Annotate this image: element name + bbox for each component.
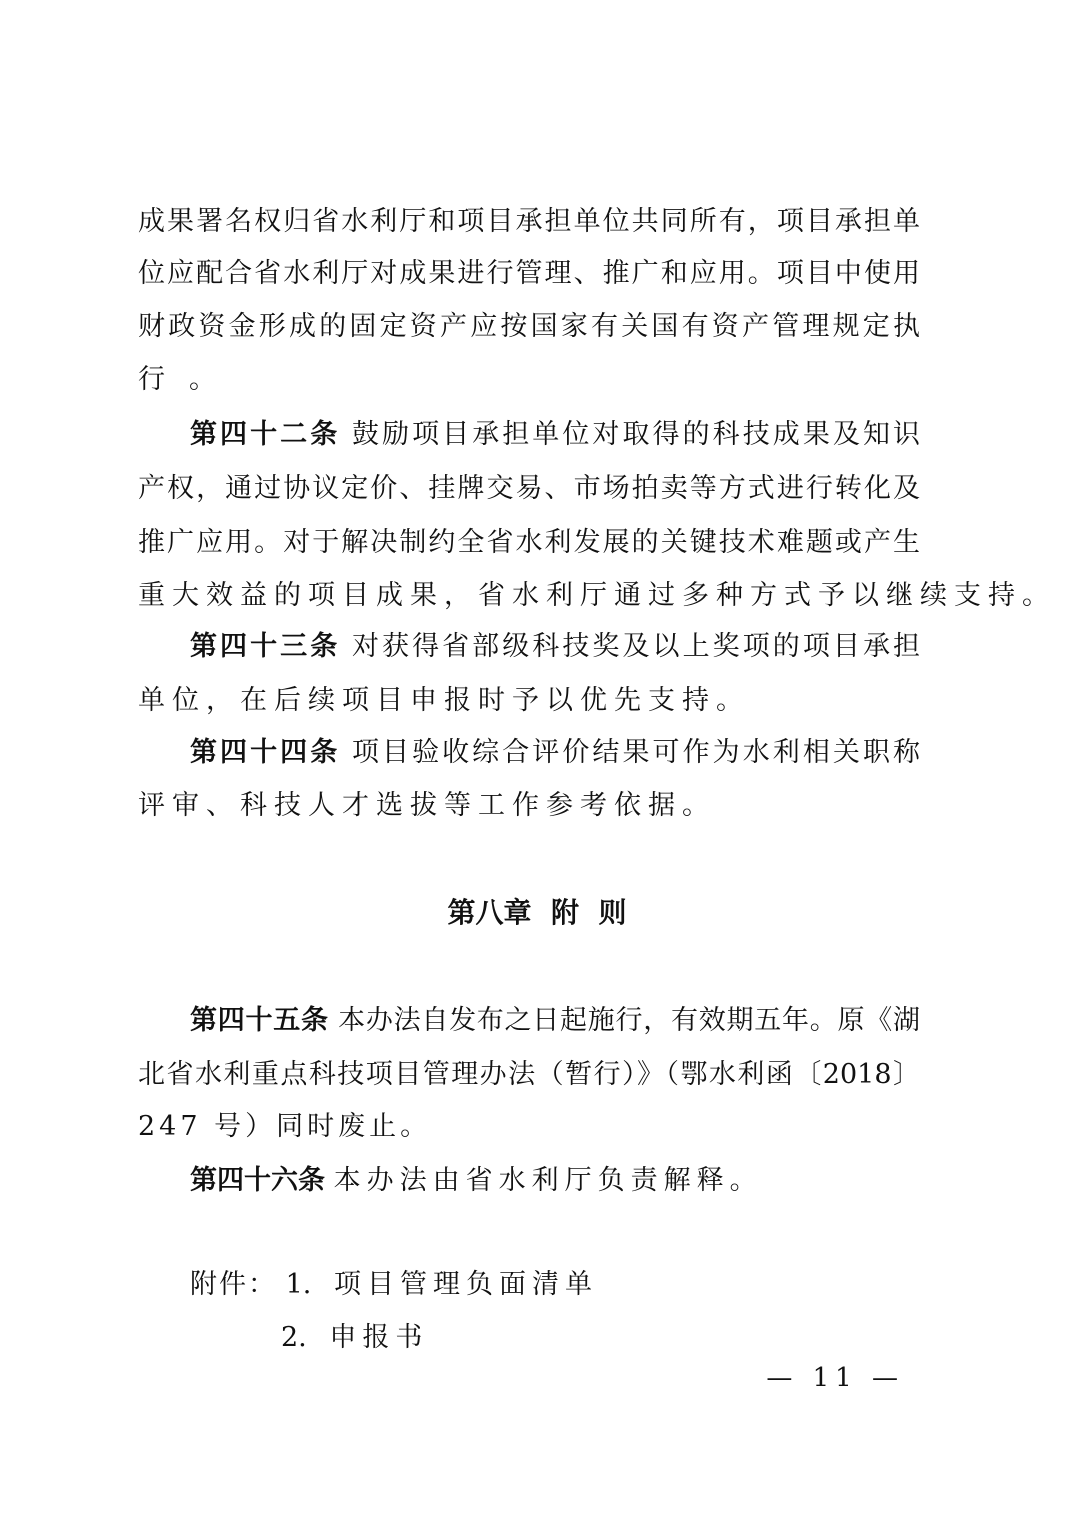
article-label: 第四十二条 (190, 419, 340, 450)
page-number: — 11 — (766, 1362, 904, 1394)
article-43-first-line: 第四十三条 对获得省部级科技奖及以上奖项的项目承担 (190, 630, 920, 664)
article-label: 第四十五条 (190, 1005, 329, 1036)
article-text: 本办法由省水利厅负责解释。 (334, 1165, 763, 1196)
paragraph-line: 位应配合省水利厅对成果进行管理、推广和应用。项目中使用 (138, 257, 920, 291)
paragraph-line: 成果署名权归省水利厅和项目承担单位共同所有，项目承担单 (138, 205, 920, 239)
article-label: 第四十三条 (190, 631, 340, 662)
article-45-first-line: 第四十五条 本办法自发布之日起施行，有效期五年。原《湖 (190, 1004, 920, 1038)
article-text: 项目验收综合评价结果可作为水利相关职称 (352, 737, 920, 768)
chapter-heading: 第八章 附 则 (0, 896, 1074, 930)
paragraph-line: 评审、科技人才选拔等工作参考依据。 (138, 789, 920, 823)
attachment-list-item: 附件： 1. 项目管理负面清单 (190, 1268, 920, 1302)
document-page: 成果署名权归省水利厅和项目承担单位共同所有，项目承担单 位应配合省水利厅对成果进… (0, 0, 1074, 1520)
article-label: 第四十六条 (190, 1165, 325, 1196)
attachment-number: 2. (281, 1322, 307, 1353)
attachments-label: 附件： (190, 1269, 277, 1300)
article-text: 本办法自发布之日起施行，有效期五年。原《湖 (338, 1005, 920, 1036)
attachment-list-item: 2. 申报书 (281, 1321, 1063, 1355)
paragraph-line: 推广应用。对于解决制约全省水利发展的关键技术难题或产生 (138, 526, 920, 560)
paragraph-line: 重大效益的项目成果，省水利厅通过多种方式予以继续支持。 (138, 579, 920, 613)
attachment-title: 申报书 (329, 1322, 428, 1353)
paragraph-line: 财政资金形成的固定资产应按国家有关国有资产管理规定执 (138, 310, 920, 344)
article-46-line: 第四十六条 本办法由省水利厅负责解释。 (190, 1164, 920, 1198)
article-label: 第四十四条 (190, 737, 340, 768)
article-text: 鼓励项目承担单位对取得的科技成果及知识 (352, 419, 920, 450)
attachment-number: 1. (286, 1269, 312, 1300)
article-42-first-line: 第四十二条 鼓励项目承担单位对取得的科技成果及知识 (190, 418, 920, 452)
article-text: 对获得省部级科技奖及以上奖项的项目承担 (352, 631, 920, 662)
paragraph-line: 产权，通过协议定价、挂牌交易、市场拍卖等方式进行转化及 (138, 472, 920, 506)
paragraph-line: 247 号）同时废止。 (138, 1110, 920, 1144)
paragraph-line: 单位，在后续项目申报时予以优先支持。 (138, 684, 920, 718)
article-44-first-line: 第四十四条 项目验收综合评价结果可作为水利相关职称 (190, 736, 920, 770)
paragraph-line: 行。 (138, 363, 920, 397)
attachment-title: 项目管理负面清单 (334, 1269, 598, 1300)
paragraph-line: 北省水利重点科技项目管理办法（暂行）》（鄂水利函〔2018〕 (138, 1058, 920, 1092)
